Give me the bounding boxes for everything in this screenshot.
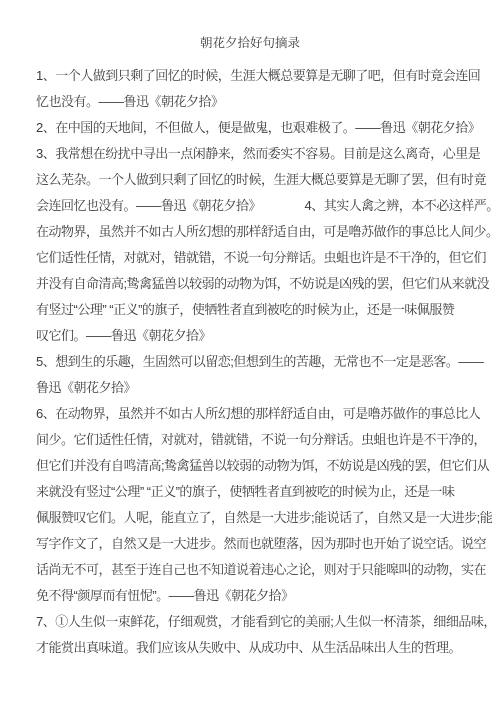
text-line: 6、在动物界，虽然并不如古人所幻想的那样舒适自由，可是噜苏做作的事总比人: [36, 401, 488, 427]
text-line: 1、一个人做到只剩了回忆的时候，生涯大概总要算是无聊了吧，但有时竟会连回: [36, 63, 488, 89]
text-line: 并没有自命清高;鸷禽猛兽以较弱的动物为饵，不妨说是凶残的罢，但它们从来就没: [36, 271, 488, 297]
text-line: 这么芜杂。一个人做到只剩了回忆的时候，生涯大概总要算是无聊了罢，但有时竟: [36, 167, 488, 193]
text-line: 忆也没有。——鲁迅《朝花夕拾》: [36, 89, 488, 115]
text-line: 但它们并没有自鸣清高;鸷禽猛兽以较弱的动物为饵，不妨说是凶残的罢，但它们从: [36, 453, 488, 479]
text-line: 鲁迅《朝花夕拾》: [36, 375, 488, 401]
text-line: 来就没有竖过“公理” “正义”的旗子，使牺牲者直到被吃的时候为止，还是一味: [36, 479, 488, 505]
text-line: 叹它们。——鲁迅《朝花夕拾》: [36, 323, 488, 349]
text-line: 话尚无不可，甚至于连自己也不知道说着违心之论，则对于只能嗥叫的动物，实在: [36, 557, 488, 583]
text-line: 3、我常想在纷扰中寻出一点闲静来，然而委实不容易。目前是这么离奇，心里是: [36, 141, 488, 167]
text-line: 免不得“颜厚而有忸怩”。——鲁迅《朝花夕拾》: [36, 583, 488, 609]
text-line: 写字作文了，自然又是一大进步。然而也就堕落，因为那时也开始了说空话。说空: [36, 531, 488, 557]
text-line: 间少。它们适性任情，对就对，错就错，不说一句分辩话。虫蛆也许是不干净的，: [36, 427, 488, 453]
text-line: 在动物界，虽然并不如古人所幻想的那样舒适自由，可是噜苏做作的事总比人间少。: [36, 219, 488, 245]
text-line: 才能赏出真味道。我们应该从失败中、从成功中、从生活品味出人生的哲理。: [36, 635, 488, 661]
text-line: 2、在中国的天地间，不但做人，便是做鬼，也艰难极了。——鲁迅《朝花夕拾》: [36, 115, 488, 141]
text-line: 7、①人生似一束鲜花，仔细观赏，才能看到它的美丽;人生似一杯清茶，细细品味，: [36, 609, 488, 635]
text-line: 它们适性任情，对就对，错就错，不说一句分辩话。虫蛆也许是不干净的，但它们: [36, 245, 488, 271]
text-line: 有竖过“公理” “正义”的旗子，使牺牲者直到被吃的时候为止，还是一味佩服赞: [36, 297, 488, 323]
document-page: 朝花夕拾好句摘录 1、一个人做到只剩了回忆的时候，生涯大概总要算是无聊了吧，但有…: [0, 0, 500, 707]
text-line: 佩服赞叹它们。人呢，能直立了，自然是一大进步;能说话了，自然又是一大进步;能: [36, 505, 488, 531]
document-title: 朝花夕拾好句摘录: [0, 33, 500, 51]
text-line: 5、想到生的乐趣，生固然可以留恋;但想到生的苦趣，无常也不一定是恶客。——: [36, 349, 488, 375]
document-body: 1、一个人做到只剩了回忆的时候，生涯大概总要算是无聊了吧，但有时竟会连回忆也没有…: [36, 63, 488, 661]
text-line: 会连回忆也没有。——鲁迅《朝花夕拾》 4、其实人禽之辨，本不必这样严。: [36, 193, 488, 219]
